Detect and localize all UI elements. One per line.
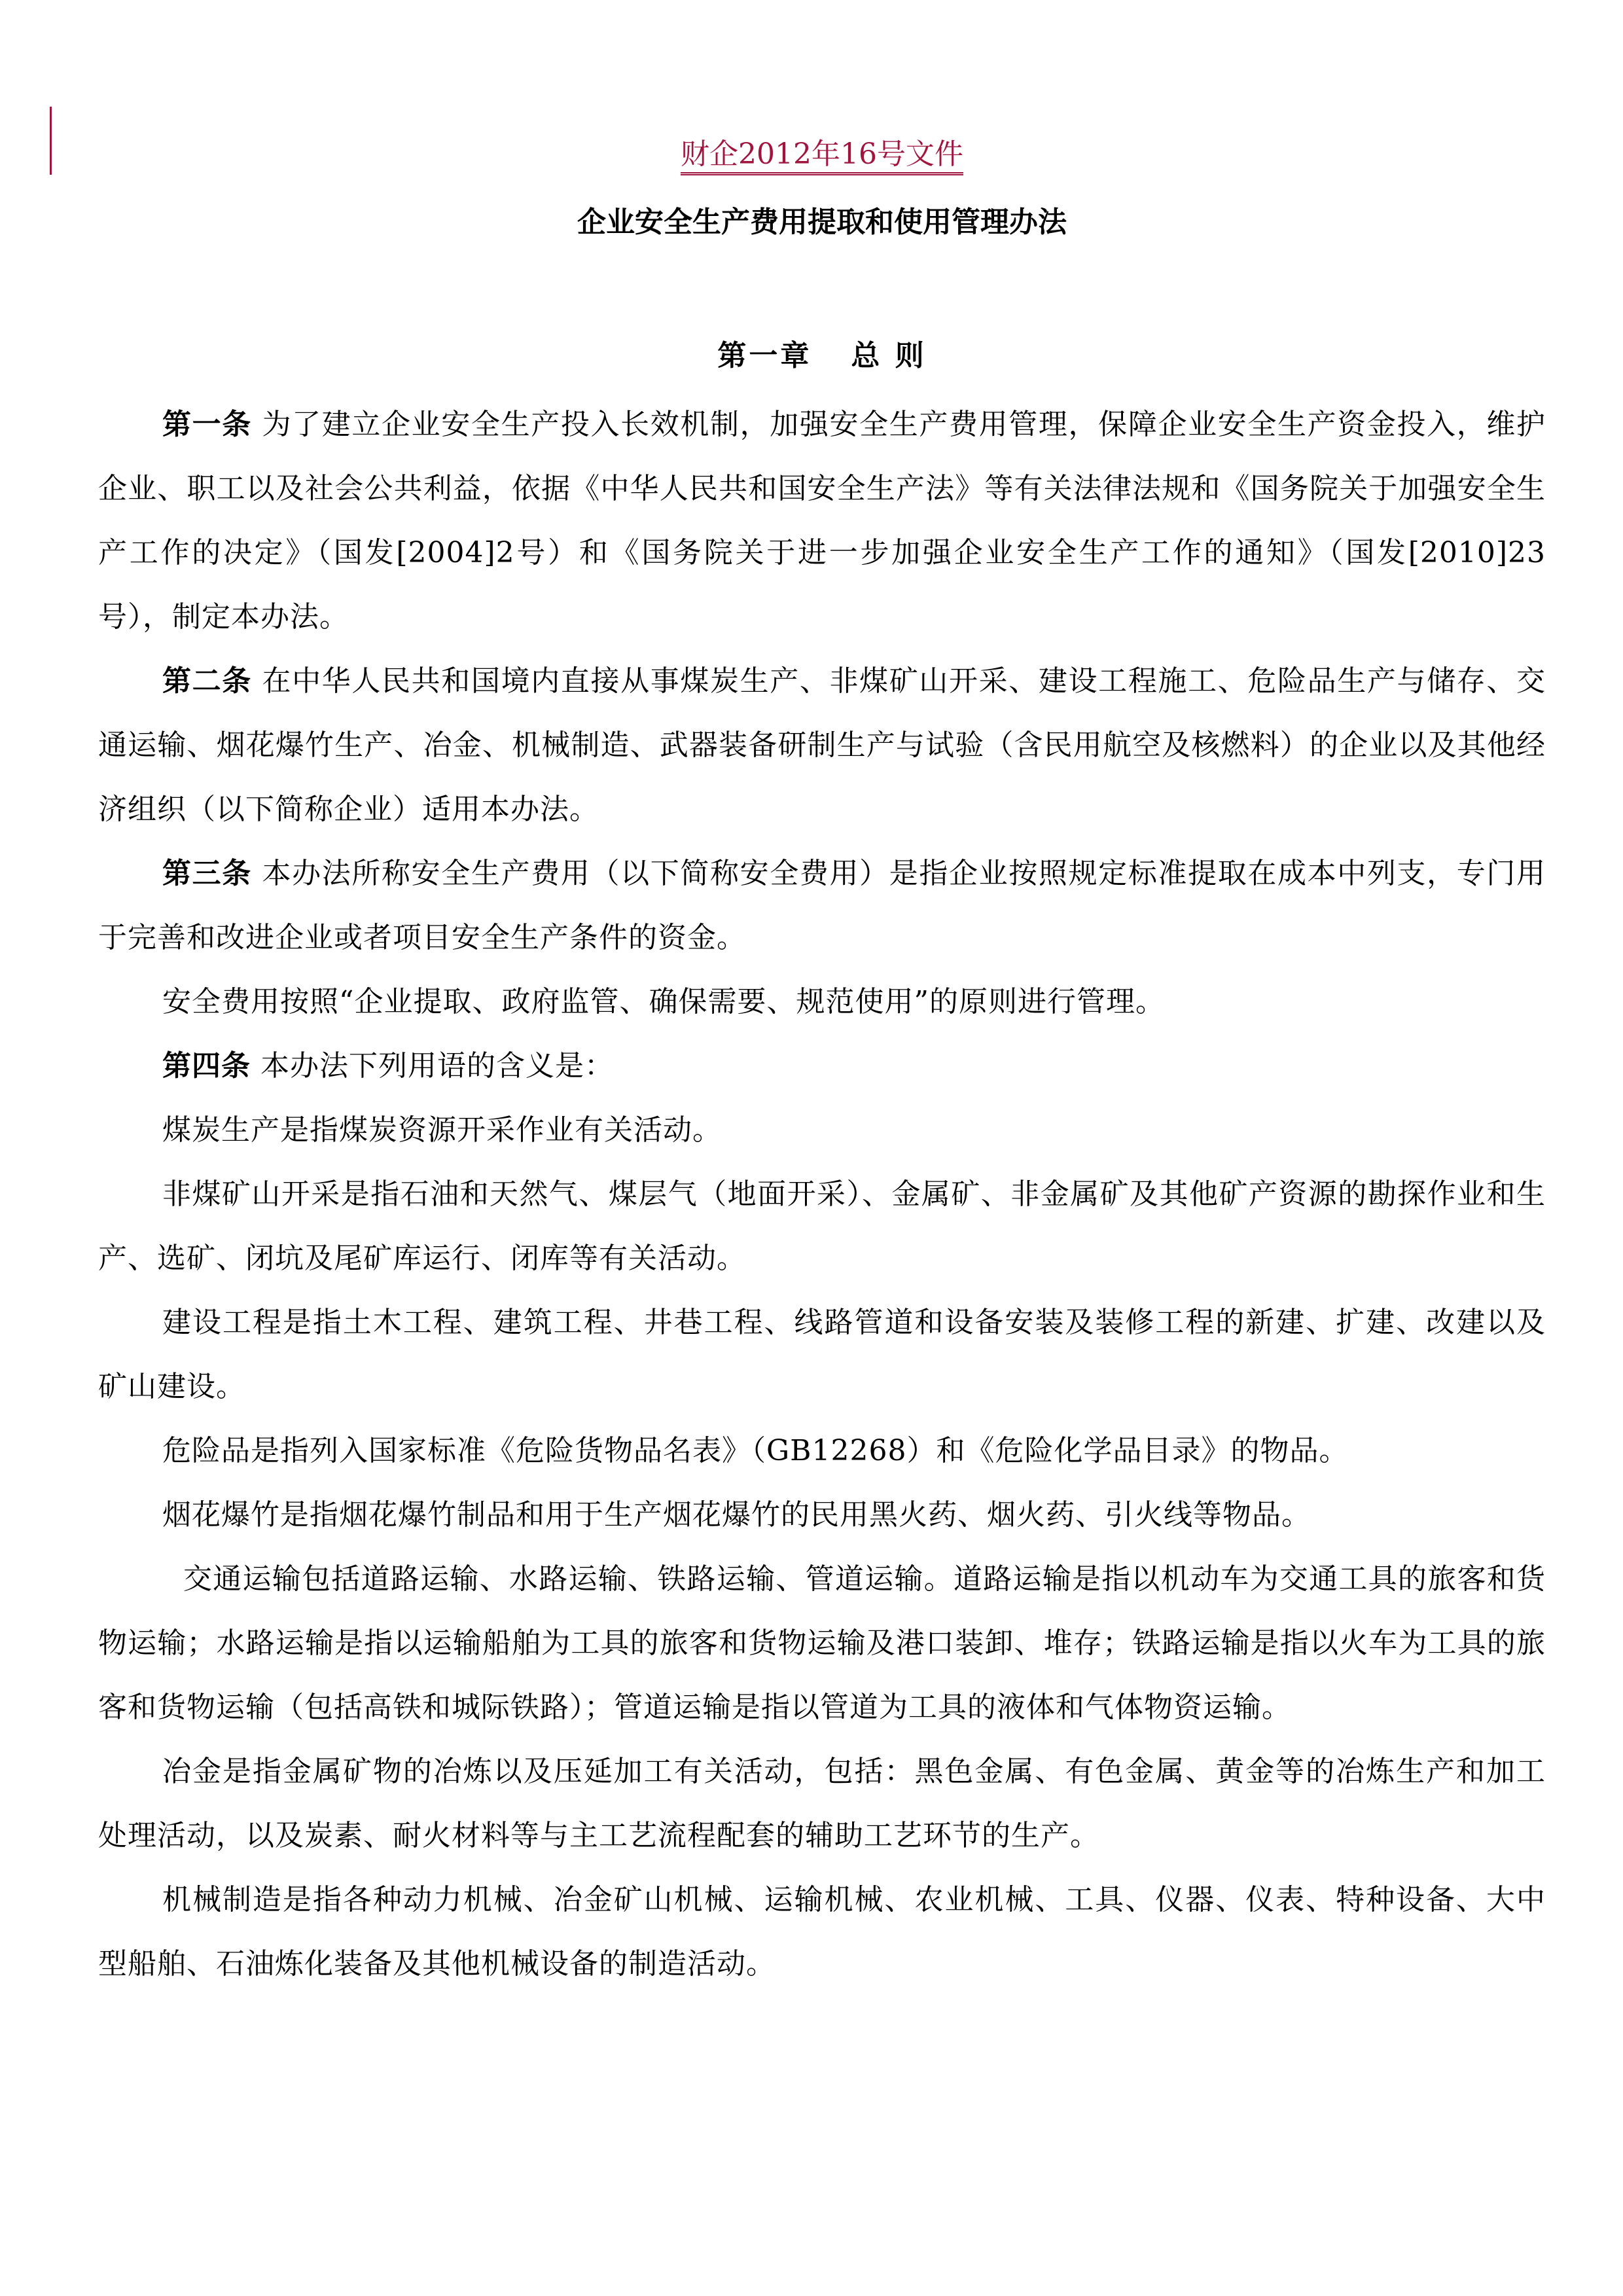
article-label: 第四条: [162, 1049, 251, 1083]
paragraph-text: 非煤矿山开采是指石油和天然气、煤层气（地面开采）、金属矿、非金属矿及其他矿产资源…: [98, 1177, 1546, 1275]
revision-bar: [50, 107, 52, 175]
paragraph-text: 本办法所称安全生产费用（以下简称安全费用）是指企业按照规定标准提取在成本中列支，…: [98, 857, 1546, 954]
paragraph-text: 冶金是指金属矿物的冶炼以及压延加工有关活动，包括：黑色金属、有色金属、黄金等的冶…: [98, 1755, 1546, 1852]
title-link[interactable]: 财企2012年16号文件: [681, 137, 963, 175]
definition-coal: 煤炭生产是指煤炭资源开采作业有关活动。: [98, 1098, 1546, 1162]
document-title: 财企2012年16号文件: [98, 128, 1546, 181]
article-label: 第三条: [162, 857, 252, 890]
definition-fireworks: 烟花爆竹是指烟花爆竹制品和用于生产烟花爆竹的民用黑火药、烟火药、引火线等物品。: [98, 1483, 1546, 1547]
article-label: 第二条: [162, 664, 252, 698]
definition-metallurgy: 冶金是指金属矿物的冶炼以及压延加工有关活动，包括：黑色金属、有色金属、黄金等的冶…: [98, 1740, 1546, 1868]
chapter-number: 第一章: [717, 339, 811, 372]
paragraph-article-2: 第二条 在中华人民共和国境内直接从事煤炭生产、非煤矿山开采、建设工程施工、危险品…: [98, 649, 1546, 842]
paragraph-principle: 安全费用按照“企业提取、政府监管、确保需要、规范使用”的原则进行管理。: [98, 970, 1546, 1034]
article-label: 第一条: [162, 408, 252, 441]
definition-non-coal-mining: 非煤矿山开采是指石油和天然气、煤层气（地面开采）、金属矿、非金属矿及其他矿产资源…: [98, 1162, 1546, 1291]
document-subtitle: 企业安全生产费用提取和使用管理办法: [98, 196, 1546, 249]
paragraph-text: 建设工程是指土木工程、建筑工程、井巷工程、线路管道和设备安装及装修工程的新建、扩…: [98, 1306, 1546, 1403]
definition-transport: 交通运输包括道路运输、水路运输、铁路运输、管道运输。道路运输是指以机动车为交通工…: [98, 1547, 1546, 1740]
paragraph-article-4: 第四条 本办法下列用语的含义是：: [98, 1034, 1546, 1098]
paragraph-text: 煤炭生产是指煤炭资源开采作业有关活动。: [162, 1113, 722, 1147]
paragraph-text: 安全费用按照“企业提取、政府监管、确保需要、规范使用”的原则进行管理。: [162, 985, 1165, 1018]
definition-construction: 建设工程是指土木工程、建筑工程、井巷工程、线路管道和设备安装及装修工程的新建、扩…: [98, 1291, 1546, 1419]
paragraph-text: 烟花爆竹是指烟花爆竹制品和用于生产烟花爆竹的民用黑火药、烟火药、引火线等物品。: [162, 1498, 1311, 1532]
paragraph-article-3: 第三条 本办法所称安全生产费用（以下简称安全费用）是指企业按照规定标准提取在成本…: [98, 842, 1546, 970]
chapter-name: 总 则: [851, 339, 926, 372]
paragraph-text: 机械制造是指各种动力机械、冶金矿山机械、运输机械、农业机械、工具、仪器、仪表、特…: [98, 1883, 1546, 1981]
paragraph-text: 交通运输包括道路运输、水路运输、铁路运输、管道运输。道路运输是指以机动车为交通工…: [98, 1562, 1546, 1724]
paragraph-article-1: 第一条 为了建立企业安全生产投入长效机制，加强安全生产费用管理，保障企业安全生产…: [98, 393, 1546, 649]
chapter-heading: 第一章总 则: [98, 330, 1546, 382]
paragraph-text: 在中华人民共和国境内直接从事煤炭生产、非煤矿山开采、建设工程施工、危险品生产与储…: [98, 664, 1546, 826]
definition-machinery: 机械制造是指各种动力机械、冶金矿山机械、运输机械、农业机械、工具、仪器、仪表、特…: [98, 1868, 1546, 1996]
definition-hazardous-goods: 危险品是指列入国家标准《危险货物品名表》（GB12268）和《危险化学品目录》的…: [98, 1419, 1546, 1483]
document-body: 第一条 为了建立企业安全生产投入长效机制，加强安全生产费用管理，保障企业安全生产…: [98, 393, 1546, 1996]
paragraph-text: 危险品是指列入国家标准《危险货物品名表》（GB12268）和《危险化学品目录》的…: [162, 1434, 1348, 1467]
paragraph-text: 本办法下列用语的含义是：: [251, 1049, 614, 1083]
paragraph-text: 为了建立企业安全生产投入长效机制，加强安全生产费用管理，保障企业安全生产资金投入…: [98, 408, 1546, 634]
